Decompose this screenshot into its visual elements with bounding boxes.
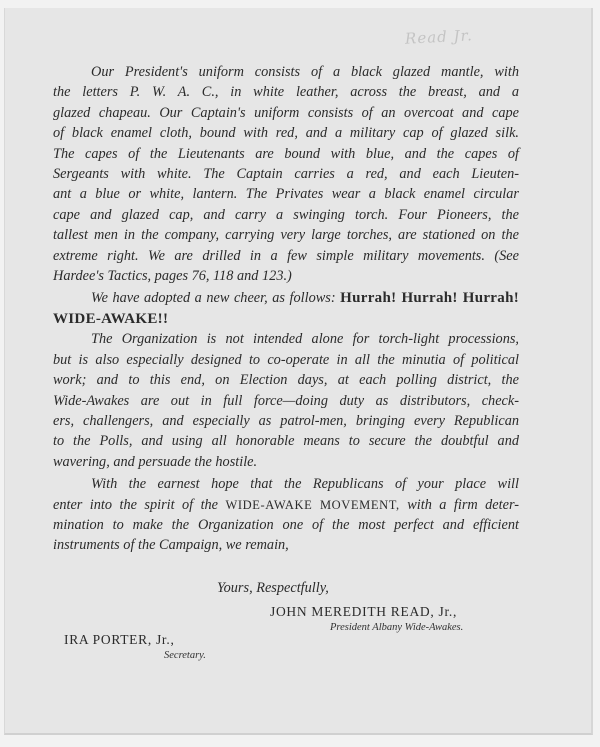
cheer-text: Hurrah! Hurrah! Hurrah! bbox=[340, 290, 519, 306]
text-line: With the earnest hope that the Republica… bbox=[53, 474, 519, 494]
secretary-name: IRA PORTER, Jr., bbox=[64, 632, 175, 648]
text-line: extreme right. We are drilled in a few s… bbox=[53, 246, 519, 266]
text-line: ant a blue or white, lantern. The Privat… bbox=[53, 184, 519, 204]
text-line: mination to make the Organization one of… bbox=[53, 515, 519, 535]
closing-salutation: Yours, Respectfully, bbox=[217, 580, 329, 597]
text-line: work; and to this end, on Election days,… bbox=[53, 370, 519, 390]
text-line: Our President's uniform consists of a bl… bbox=[53, 62, 519, 82]
text-line: tallest men in the company, carrying ver… bbox=[53, 225, 519, 245]
text-line: but is also especially designed to co-op… bbox=[53, 350, 519, 370]
text-line: of black enamel cloth, bound with red, a… bbox=[53, 123, 519, 143]
text-line: wavering, and persuade the hostile. bbox=[53, 452, 519, 472]
text-line: the letters P. W. A. C., in white leathe… bbox=[53, 82, 519, 102]
text-line-movement: enter into the spirit of the WIDE-AWAKE … bbox=[53, 495, 519, 515]
text-line: Hardee's Tactics, pages 76, 118 and 123.… bbox=[53, 266, 519, 286]
text-line: The capes of the Lieutenants are bound w… bbox=[53, 144, 519, 164]
text-fragment: enter into the spirit of the bbox=[53, 497, 218, 513]
cheer-line: We have adopted a new cheer, as follows:… bbox=[53, 288, 519, 308]
letter-body: Our President's uniform consists of a bl… bbox=[53, 62, 519, 556]
pencil-annotation: Read Jr. bbox=[405, 26, 474, 48]
text-line: cape and glazed cap, and carry a swingin… bbox=[53, 205, 519, 225]
text-line: Sergeants with white. The Captain carrie… bbox=[53, 164, 519, 184]
signatory-name: JOHN MEREDITH READ, Jr., bbox=[270, 604, 457, 620]
signatory-title: President Albany Wide-Awakes. bbox=[330, 622, 463, 633]
text-line: glazed chapeau. Our Captain's uniform co… bbox=[53, 103, 519, 123]
text-line: Wide-Awakes are out in full force—doing … bbox=[53, 391, 519, 411]
text-line: instruments of the Campaign, we remain, bbox=[53, 535, 519, 555]
movement-caps: WIDE-AWAKE MOVEMENT, bbox=[225, 498, 399, 512]
text-line: to the Polls, and using all honorable me… bbox=[53, 431, 519, 451]
secretary-title: Secretary. bbox=[164, 650, 206, 661]
cheer-continuation: WIDE-AWAKE!! bbox=[53, 309, 519, 329]
text-line: The Organization is not intended alone f… bbox=[53, 329, 519, 349]
cheer-intro: We have adopted a new cheer, as follows: bbox=[91, 290, 336, 306]
text-fragment: with a firm deter- bbox=[407, 497, 519, 513]
text-line: ers, challengers, and especially as patr… bbox=[53, 411, 519, 431]
